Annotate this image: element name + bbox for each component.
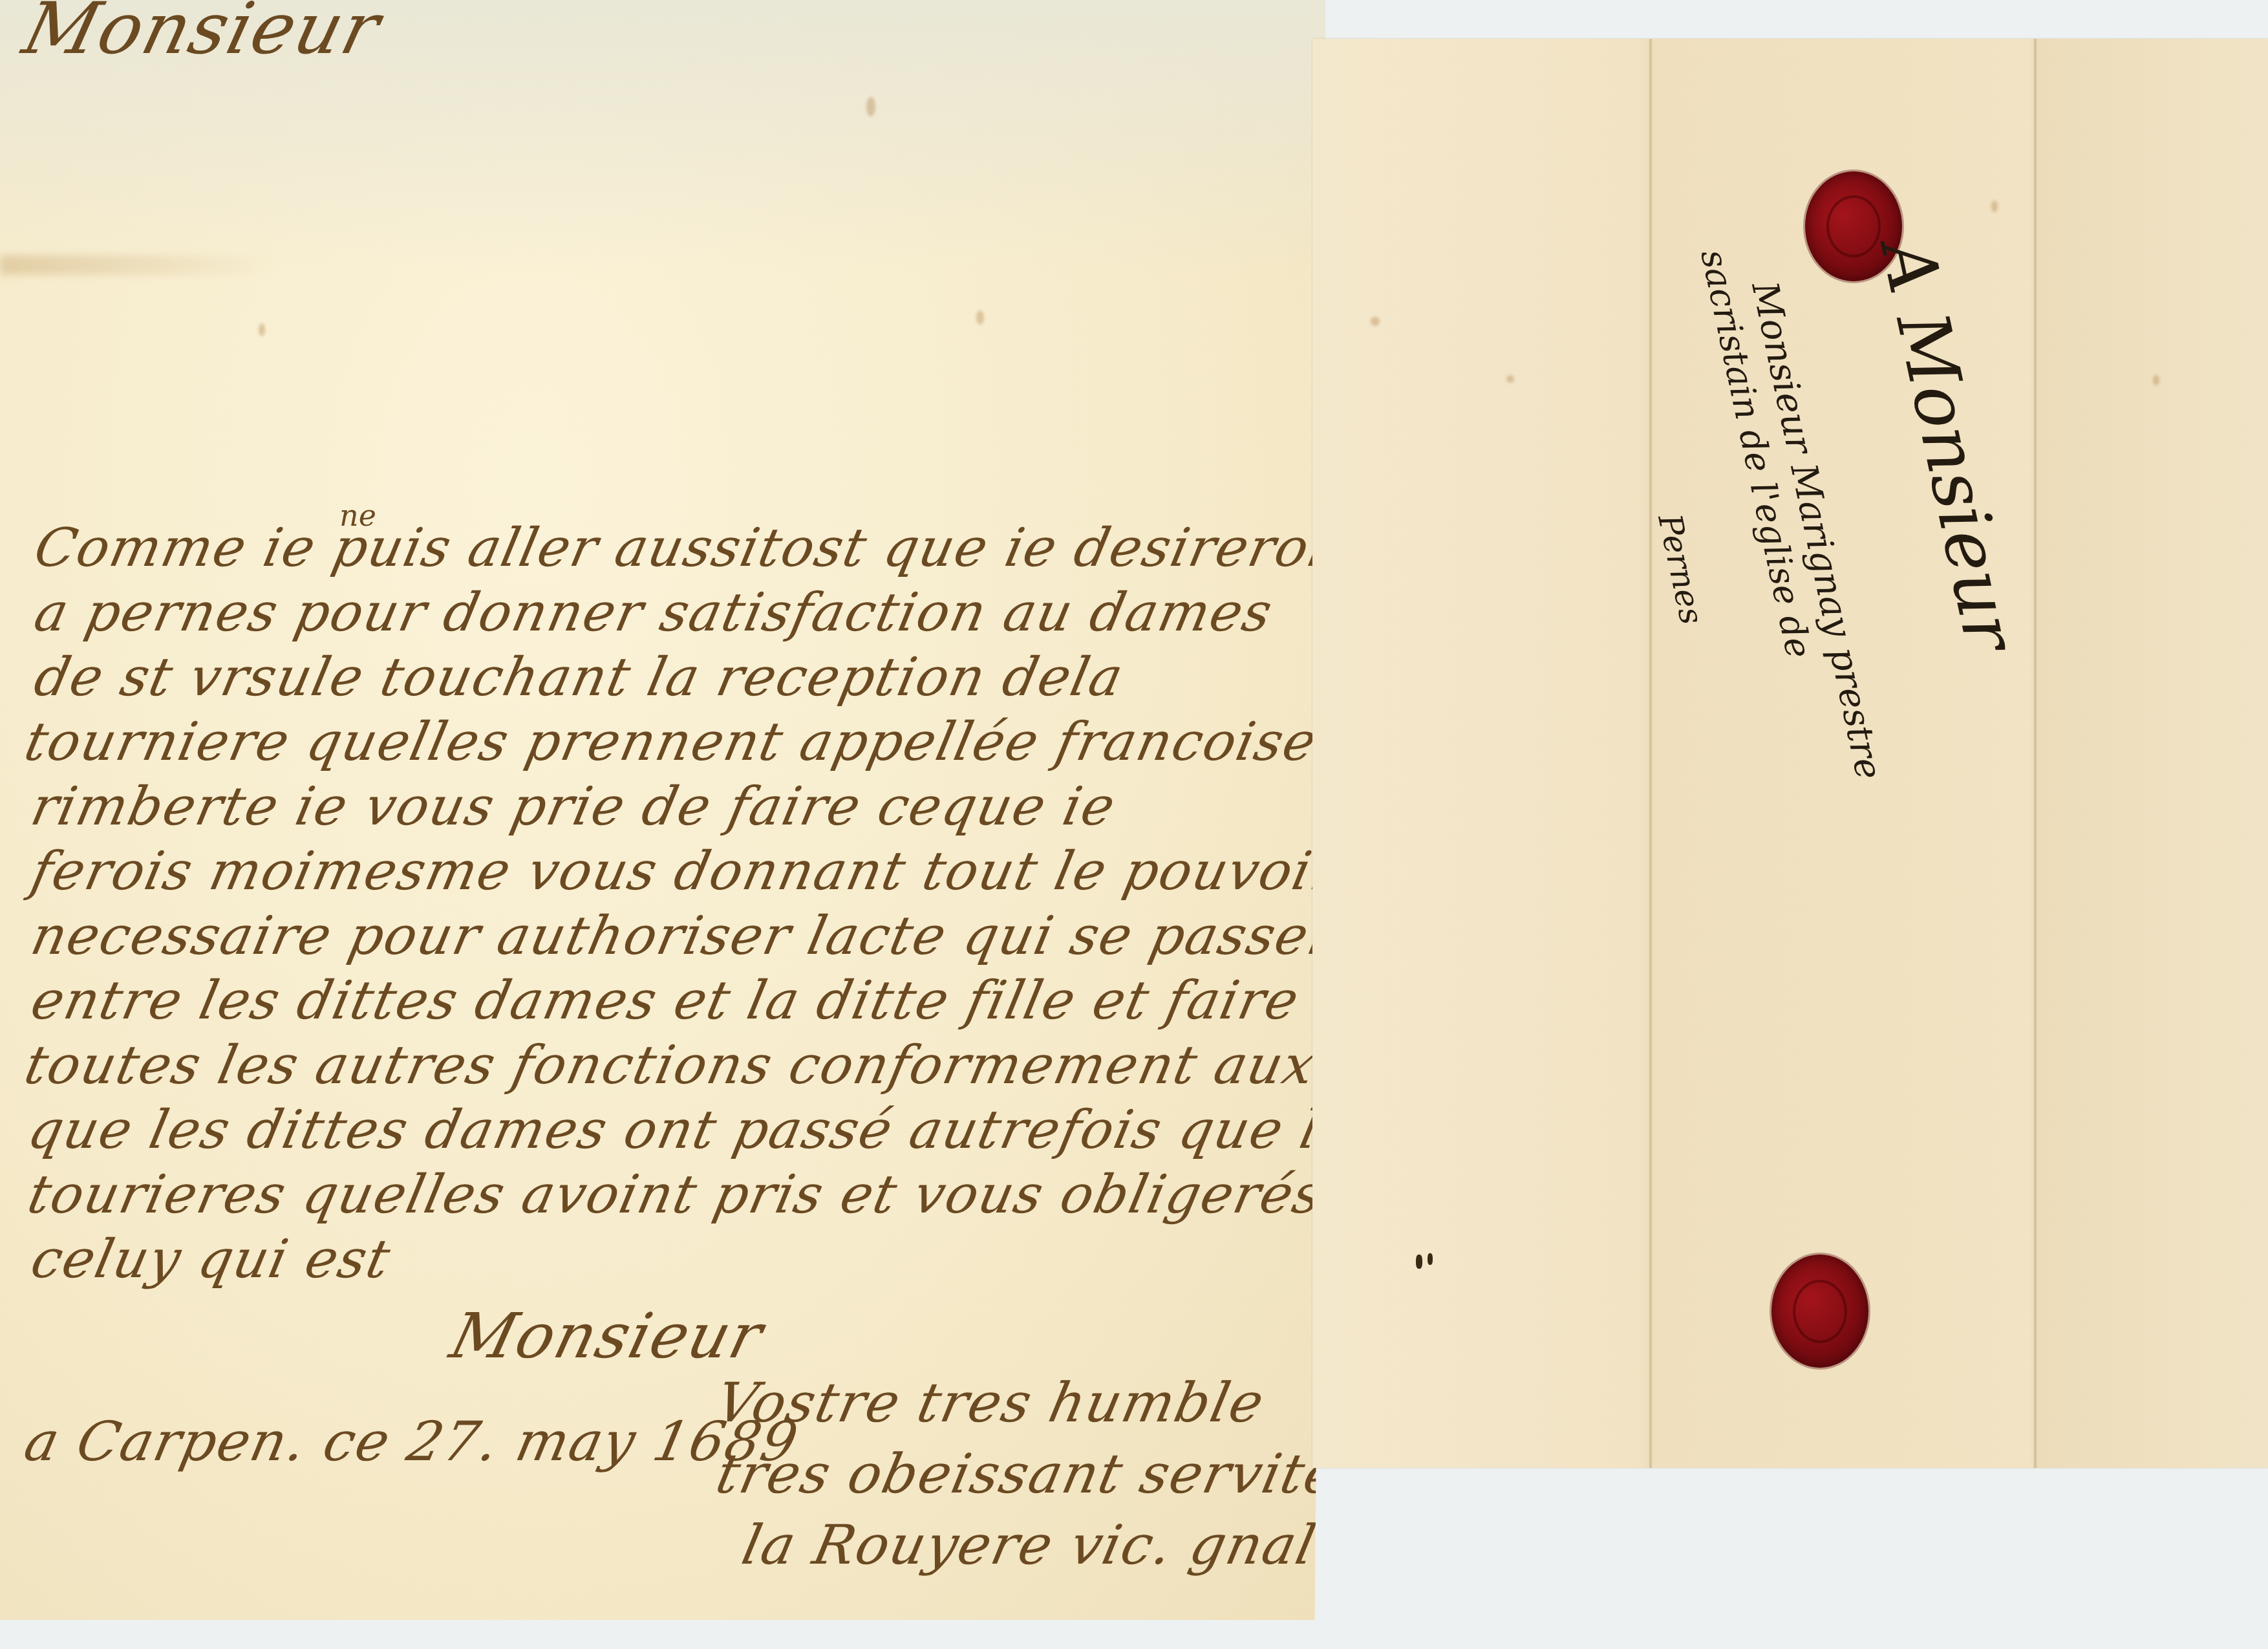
- foxing-spot: [976, 310, 984, 325]
- body-line-4: tourniere quelles prennent appellée fran…: [19, 711, 1323, 773]
- closing-salutation: Monsieur: [444, 1300, 771, 1372]
- foxing-spot: [1371, 317, 1380, 326]
- signature-line-2: tres obeissant serviteur: [711, 1442, 1409, 1505]
- body-line-9: toutes les autres fonctions conformement…: [19, 1035, 1487, 1096]
- envelope-address-line-4: Pernes: [1651, 511, 1711, 628]
- foxing-spot: [1506, 375, 1514, 383]
- foxing-spot: [866, 97, 875, 116]
- body-line-8: entre les dittes dames et la ditte fille…: [26, 970, 1305, 1031]
- signature-line-3: la Rouyere vic. gnal: [737, 1513, 1323, 1577]
- foxing-spot: [259, 323, 265, 336]
- body-line-2: a pernes pour donner satisfaction au dam…: [29, 582, 1278, 643]
- ink-mark: [1428, 1253, 1433, 1265]
- envelope-address-line-1: A Monsieur: [1865, 233, 2033, 658]
- letter-salutation-top: Monsieur: [16, 0, 389, 70]
- envelope-page: A Monsieur Monsieur Marignay prestre sac…: [1312, 39, 2268, 1468]
- body-line-12: celuy qui est: [26, 1229, 396, 1290]
- foxing-spot: [1991, 200, 1998, 212]
- body-line-7: necessaire pour authoriser lacte qui se …: [26, 905, 1375, 967]
- ink-mark: [1416, 1255, 1422, 1269]
- fold-line-right: [2033, 39, 2037, 1468]
- wax-seal-bottom: [1771, 1255, 1868, 1368]
- signature-line-1: Vostre tres humble: [711, 1371, 1270, 1434]
- body-line-3: de st vrsule touchant la reception dela: [29, 647, 1129, 708]
- fold-line-left: [1649, 39, 1653, 1468]
- foxing-spot: [2153, 375, 2159, 385]
- body-line-5: rimberte ie vous prie de faire ceque ie: [26, 776, 1122, 837]
- body-line-6: ferois moimesme vous donnant tout le pou…: [26, 841, 1345, 902]
- body-line-10: que les dittes dames ont passé autrefois…: [23, 1099, 1387, 1161]
- letter-page: Monsieur ne Comme ie puis aller aussitos…: [0, 0, 1325, 1620]
- place-date: a Carpen. ce 27. may 1689: [19, 1410, 805, 1473]
- body-line-1: Comme ie puis aller aussitost que ie des…: [29, 517, 1362, 579]
- body-line-11: tourieres quelles avoint pris et vous ob…: [23, 1164, 1329, 1225]
